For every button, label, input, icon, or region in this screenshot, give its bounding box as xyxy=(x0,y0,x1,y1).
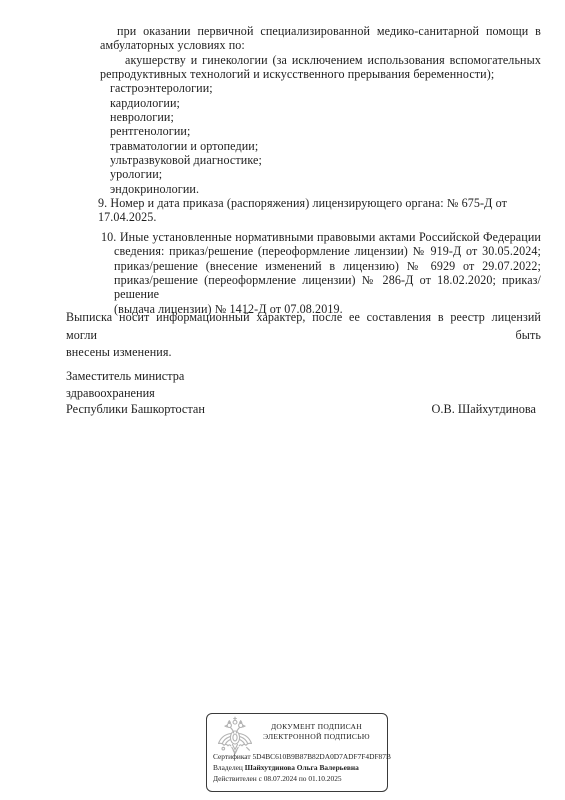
text-line: приказ/решение (внесение изменений в лиц… xyxy=(114,259,541,273)
disclaimer-paragraph: Выписка носит информационный характер, п… xyxy=(66,309,541,362)
specialty-item: урологии; xyxy=(100,167,541,181)
certificate-value: 5D4BC610B9B87B82DA0D7ADF7F4DF87B xyxy=(252,752,390,761)
owner-label: Владелец xyxy=(213,763,243,772)
specialties-list: гастроэнтерологии; кардиологии; невролог… xyxy=(100,81,541,196)
stamp-title-line: ЭЛЕКТРОННОЙ ПОДПИСЬЮ xyxy=(251,732,382,742)
text-line: акушерству и гинекологии (за исключением… xyxy=(100,53,541,67)
text-line: приказ/решение (переоформление лицензии)… xyxy=(114,273,541,302)
text-line: внесены изменения. xyxy=(66,344,541,362)
certificate-label: Сертификат xyxy=(213,752,251,761)
item-10-other-information: 10. Иные установленные нормативными прав… xyxy=(100,230,541,316)
specialty-item: травматологии и ортопедии; xyxy=(100,139,541,153)
electronic-signature-stamp: ДОКУМЕНТ ПОДПИСАН ЭЛЕКТРОННОЙ ПОДПИСЬЮ С… xyxy=(206,713,388,792)
specialty-item: ультразвуковой диагностике; xyxy=(100,153,541,167)
stamp-details: Сертификат 5D4BC610B9B87B82DA0D7ADF7F4DF… xyxy=(213,752,383,784)
signature-row: Республики Башкортостан О.В. Шайхутдинов… xyxy=(66,401,536,418)
text-line: при оказании первичной специализированно… xyxy=(100,24,541,38)
stamp-title-line: ДОКУМЕНТ ПОДПИСАН xyxy=(251,722,382,732)
specialty-item: гастроэнтерологии; xyxy=(100,81,541,95)
specialty-item: неврологии; xyxy=(100,110,541,124)
item-9-license-order: 9. Номер и дата приказа (распоряжения) л… xyxy=(98,196,541,225)
stamp-title: ДОКУМЕНТ ПОДПИСАН ЭЛЕКТРОННОЙ ПОДПИСЬЮ xyxy=(251,722,382,741)
text-line: сведения: приказ/решение (переоформление… xyxy=(114,244,541,258)
stamp-validity-line: Действителен с 08.07.2024 по 01.10.2025 xyxy=(213,774,383,785)
stamp-owner-line: Владелец Шайхутдинова Ольга Валерьевна xyxy=(213,763,383,774)
license-extract-text-block: при оказании первичной специализированно… xyxy=(100,24,541,316)
specialty-item: кардиологии; xyxy=(100,96,541,110)
paragraph-obstetrics-gynecology: акушерству и гинекологии (за исключением… xyxy=(100,53,541,82)
document-page: при оказании первичной специализированно… xyxy=(0,0,565,800)
text-line: репродуктивных технологий и искусственно… xyxy=(100,67,541,81)
text-line: амбулаторных условиях по: xyxy=(100,38,541,52)
text-line: 10. Иные установленные нормативными прав… xyxy=(101,230,541,244)
signature-block: Заместитель министра здравоохранения Рес… xyxy=(66,368,536,418)
signer-name: О.В. Шайхутдинова xyxy=(432,401,536,418)
text-line: Выписка носит информационный характер, п… xyxy=(66,309,541,344)
paragraph-primary-care: при оказании первичной специализированно… xyxy=(100,24,541,53)
specialty-item: рентгенологии; xyxy=(100,124,541,138)
owner-name: Шайхутдинова Ольга Валерьевна xyxy=(245,763,359,772)
stamp-certificate-line: Сертификат 5D4BC610B9B87B82DA0D7ADF7F4DF… xyxy=(213,752,383,763)
signer-post-line: Республики Башкортостан xyxy=(66,401,205,418)
signer-post-line: Заместитель министра xyxy=(66,368,536,385)
specialty-item: эндокринологии. xyxy=(100,182,541,196)
double-headed-eagle-icon xyxy=(216,716,254,756)
signer-post-line: здравоохранения xyxy=(66,385,536,402)
